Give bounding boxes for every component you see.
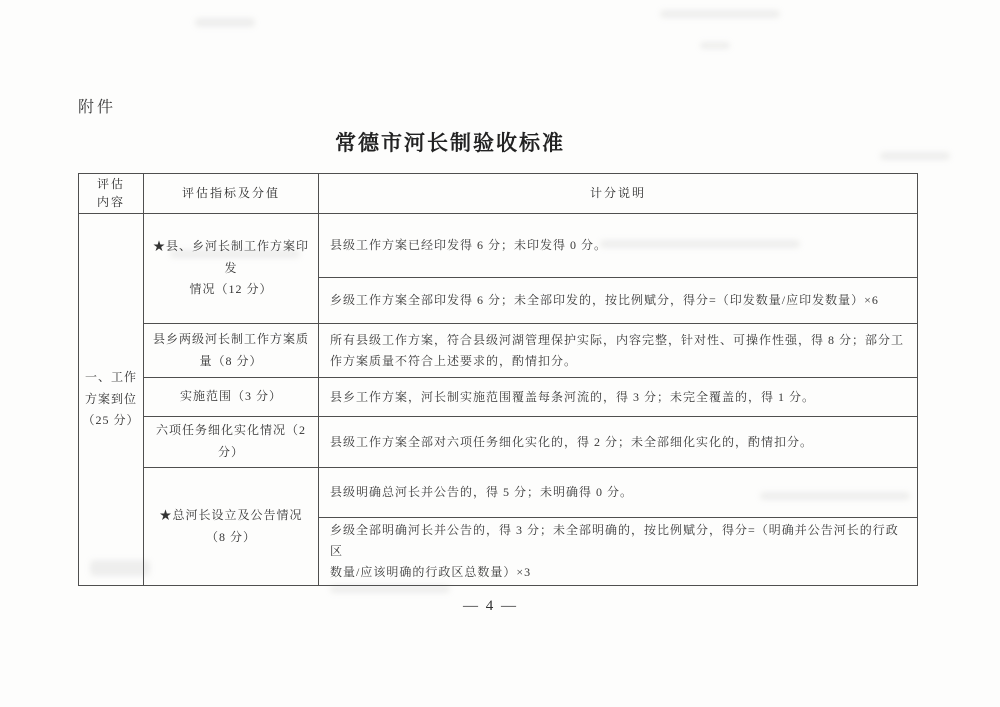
table-row: 实施范围（3 分） 县乡工作方案，河长制实施范围覆盖每条河流的，得 3 分；未完… bbox=[79, 378, 918, 417]
scoring-cell-six-tasks: 县级工作方案全部对六项任务细化实化的，得 2 分；未全部细化实化的，酌情扣分。 bbox=[319, 417, 918, 468]
table-row: 县乡两级河长制工作方案质 量（8 分） 所有县级工作方案，符合县级河湖管理保护实… bbox=[79, 324, 918, 378]
scoring-cell-township-issuance: 乡级工作方案全部印发得 6 分；未全部印发的，按比例赋分，得分=（印发数量/应印… bbox=[319, 278, 918, 324]
document-title: 常德市河长制验收标准 bbox=[335, 127, 565, 157]
table-row: 一、工作 方案到位 （25 分） ★县、乡河长制工作方案印发 情况（12 分） … bbox=[79, 214, 918, 278]
scoring-cell-implementation-scope: 县乡工作方案，河长制实施范围覆盖每条河流的，得 3 分；未完全覆盖的，得 1 分… bbox=[319, 378, 918, 417]
table-row: 六项任务细化实化情况（2 分） 县级工作方案全部对六项任务细化实化的，得 2 分… bbox=[79, 417, 918, 468]
indicator-cell-plan-quality: 县乡两级河长制工作方案质 量（8 分） bbox=[144, 324, 319, 378]
table-header-row: 评估 内容 评估指标及分值 计分说明 bbox=[79, 174, 918, 214]
scan-artifact bbox=[660, 10, 780, 18]
category-cell-work-plan: 一、工作 方案到位 （25 分） bbox=[79, 214, 144, 586]
document-page: 附件 常德市河长制验收标准 评估 内容 评估指标及分值 计分说明 一、工作 方案… bbox=[0, 0, 1000, 707]
scoring-cell-township-chief: 乡级全部明确河长并公告的，得 3 分；未全部明确的，按比例赋分，得分=（明确并公… bbox=[319, 518, 918, 586]
scan-artifact bbox=[880, 152, 950, 160]
col-header-indicator-score: 评估指标及分值 bbox=[144, 174, 319, 214]
scoring-cell-plan-quality: 所有县级工作方案，符合县级河湖管理保护实际，内容完整，针对性、可操作性强，得 8… bbox=[319, 324, 918, 378]
attachment-label: 附件 bbox=[78, 94, 116, 117]
indicator-cell-six-tasks: 六项任务细化实化情况（2 分） bbox=[144, 417, 319, 468]
scoring-cell-county-issuance: 县级工作方案已经印发得 6 分；未印发得 0 分。 bbox=[319, 214, 918, 278]
scan-artifact bbox=[195, 18, 255, 27]
scan-artifact bbox=[330, 585, 450, 593]
indicator-cell-plan-issuance: ★县、乡河长制工作方案印发 情况（12 分） bbox=[144, 214, 319, 324]
scan-artifact bbox=[700, 42, 730, 49]
page-number: — 4 — bbox=[463, 598, 518, 615]
standards-table: 评估 内容 评估指标及分值 计分说明 一、工作 方案到位 （25 分） ★县、乡… bbox=[78, 173, 918, 586]
col-header-scoring-notes: 计分说明 bbox=[319, 174, 918, 214]
scoring-cell-county-chief: 县级明确总河长并公告的，得 5 分；未明确得 0 分。 bbox=[319, 468, 918, 518]
indicator-cell-chief-announcement: ★总河长设立及公告情况 （8 分） bbox=[144, 468, 319, 586]
col-header-evaluation-content: 评估 内容 bbox=[79, 174, 144, 214]
indicator-cell-implementation-scope: 实施范围（3 分） bbox=[144, 378, 319, 417]
table-row: ★总河长设立及公告情况 （8 分） 县级明确总河长并公告的，得 5 分；未明确得… bbox=[79, 468, 918, 518]
